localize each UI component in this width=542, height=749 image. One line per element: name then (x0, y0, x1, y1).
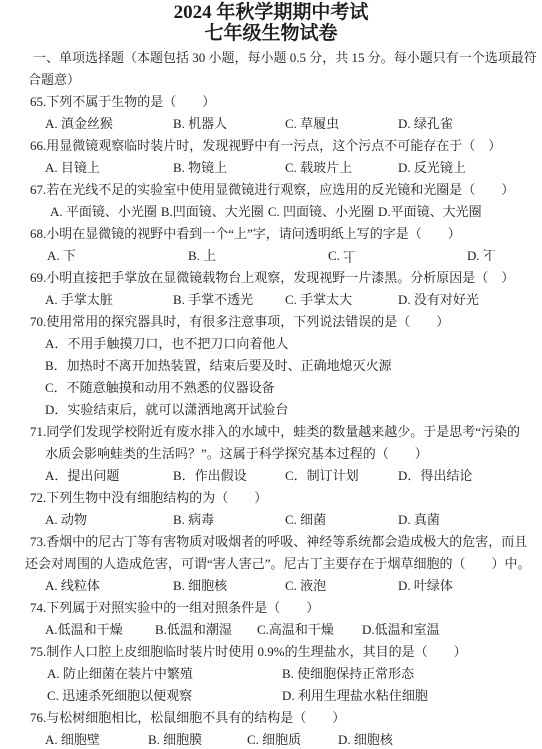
option: B．作出假设 (173, 465, 285, 487)
option: B.凹面镜、大光圈 (161, 204, 264, 219)
option: C. 细胞质 (247, 729, 338, 749)
question: 72.下列生物中没有细胞结构的为（ ）A. 动物B. 病毒C. 细菌D. 真菌 (0, 487, 542, 531)
question: 74.下列属于对照实验中的一组对照条件是（ ）A.低温和干燥B.低温和潮湿C.高… (0, 597, 542, 641)
option: B. 细胞膜 (148, 729, 247, 749)
option: B. 细胞核 (173, 575, 285, 597)
question: 65.下列不属于生物的是（ ）A. 滇金丝猴B. 机器人C. 草履虫D. 绿孔雀 (0, 91, 542, 135)
options-row: A．提出问题B．作出假设C．制订计划D．得出结论 (0, 465, 542, 487)
option: C. 凹面镜、小光圈 (268, 204, 374, 219)
option: A. 动物 (45, 509, 173, 531)
question-text-line: 69.小明直接把手掌放在显微镜载物台上观察，发现视野一片漆黑。分析原因是（ ） (0, 267, 542, 289)
question-text-line: 72.下列生物中没有细胞结构的为（ ） (0, 487, 542, 509)
option: C．不随意触摸和动用不熟悉的仪器设备 (0, 377, 542, 399)
option: D. 下 (467, 245, 542, 267)
options-row: A. 下B. 上C. 上D. 下 (0, 245, 542, 267)
question-text-line: 67.若在光线不足的实验室中使用显微镜进行观察，应选用的反光镜和光圈是（ ） (0, 179, 542, 201)
option: A. 防止细菌在装片中繁殖 (47, 663, 282, 685)
option: A. 下 (47, 245, 188, 267)
question-text-line: 73.香烟中的尼古丁等有害物质对吸烟者的呼吸、神经等系统都会造成极大的危害，而且 (0, 531, 542, 553)
options-row: A. 动物B. 病毒C. 细菌D. 真菌 (0, 509, 542, 531)
option: B. 物镜上 (173, 157, 285, 179)
question-text-line: 70.使用常用的探究器具时，有很多注意事项，下列说法错误的是（ ） (0, 311, 542, 333)
option: C．制订计划 (285, 465, 398, 487)
section-heading-line2: 合题意） (0, 69, 542, 91)
rotated-char-glyph: 下 (483, 245, 496, 267)
exam-title-line1: 2024 年秋学期期中考试 (0, 2, 542, 23)
option: B. 机器人 (173, 113, 285, 135)
question: 76.与松树细胞相比，松鼠细胞不具有的结构是（ ）A. 细胞壁B. 细胞膜C. … (0, 707, 542, 749)
option-letter: C. (328, 248, 343, 263)
option: D. 细胞核 (338, 729, 542, 749)
option: B. 手掌不透光 (173, 289, 285, 311)
option: C. 细菌 (285, 509, 398, 531)
question-text-line: 65.下列不属于生物的是（ ） (0, 91, 542, 113)
option: B. 使细胞保持正常形态 (282, 663, 542, 685)
option: D. 反光镜上 (398, 157, 542, 179)
option: C.高温和干燥 (257, 619, 362, 641)
question: 71.同学们发现学校附近有废水排入的水域中，蛙类的数量越来越少。于是思考“污染的… (0, 421, 542, 487)
option: B. 上 (188, 245, 328, 267)
option: C. 液泡 (285, 575, 398, 597)
option: D. 没有对好光 (398, 289, 542, 311)
option: A. 平面镜、小光圈 (50, 204, 157, 219)
option: A.低温和干燥 (45, 619, 155, 641)
options-row: A. 滇金丝猴B. 机器人C. 草履虫D. 绿孔雀 (0, 113, 542, 135)
option: A. 手掌太脏 (45, 289, 173, 311)
option: B．加热时不离开加热装置，结束后要及时、正确地熄灭火源 (0, 355, 542, 377)
option: C. 上 (328, 245, 467, 267)
question-text-line: 68.小明在显微镜的视野中看到一个“上”字，请问透明纸上写的字是（ ） (0, 223, 542, 245)
options-row: A. 防止细菌在装片中繁殖B. 使细胞保持正常形态C. 迅速杀死细胞以便观察D.… (0, 663, 542, 707)
question-list: 65.下列不属于生物的是（ ）A. 滇金丝猴B. 机器人C. 草履虫D. 绿孔雀… (0, 91, 542, 749)
question: 68.小明在显微镜的视野中看到一个“上”字，请问透明纸上写的字是（ ）A. 下B… (0, 223, 542, 267)
options-row: A. 线粒体B. 细胞核C. 液泡D. 叶绿体 (0, 575, 542, 597)
option-letter: A. (47, 248, 63, 263)
option: A．不用手触摸刀口，也不把刀口向着他人 (0, 333, 542, 355)
exam-header: 2024 年秋学期期中考试 七年级生物试卷 (0, 0, 542, 44)
exam-body: 一、单项选择题（本题包括 30 小题，每小题 0.5 分，共 15 分。每小题只… (0, 47, 542, 749)
option: D．实验结束后，就可以潇洒地离开试验台 (0, 399, 542, 421)
option: D．得出结论 (398, 465, 542, 487)
question: 75.制作人口腔上皮细胞临时装片时使用 0.9%的生理盐水，其目的是（ ）A. … (0, 641, 542, 707)
exam-title-line2: 七年级生物试卷 (0, 23, 542, 44)
question-text-line: 75.制作人口腔上皮细胞临时装片时使用 0.9%的生理盐水，其目的是（ ） (0, 641, 542, 663)
question-text-line: 76.与松树细胞相比，松鼠细胞不具有的结构是（ ） (0, 707, 542, 729)
option: B. 病毒 (173, 509, 285, 531)
option: C. 迅速杀死细胞以便观察 (47, 685, 282, 707)
options-row: A．不用手触摸刀口，也不把刀口向着他人B．加热时不离开加热装置，结束后要及时、正… (0, 333, 542, 421)
option-letter: D. (467, 248, 483, 263)
question-text-line: 还会对周围的人造成危害，可谓“害人害己”。尼古丁主要存在于烟草细胞的（ ）中。 (0, 553, 542, 575)
question-text-line: 74.下列属于对照实验中的一组对照条件是（ ） (0, 597, 542, 619)
question: 67.若在光线不足的实验室中使用显微镜进行观察，应选用的反光镜和光圈是（ ）A.… (0, 179, 542, 223)
options-row: A. 目镜上B. 物镜上C. 载玻片上D. 反光镜上 (0, 157, 542, 179)
option: B.低温和潮湿 (155, 619, 257, 641)
option-letter: B. (188, 248, 203, 263)
option: D. 叶绿体 (398, 575, 542, 597)
rotated-char-glyph: 上 (343, 245, 356, 267)
option: C. 草履虫 (285, 113, 398, 135)
option: A. 目镜上 (45, 157, 173, 179)
options-row: A. 平面镜、小光圈B.凹面镜、大光圈C. 凹面镜、小光圈D.平面镜、大光圈 (0, 201, 542, 223)
option: A. 滇金丝猴 (45, 113, 173, 135)
rotated-char-glyph: 上 (203, 245, 216, 267)
question: 73.香烟中的尼古丁等有害物质对吸烟者的呼吸、神经等系统都会造成极大的危害，而且… (0, 531, 542, 597)
option: A. 线粒体 (45, 575, 173, 597)
question-text-line: 水质会影响蛙类的生活吗？”。这属于科学探究基本过程的（ ） (0, 443, 542, 465)
question-text-line: 71.同学们发现学校附近有废水排入的水域中，蛙类的数量越来越少。于是思考“污染的 (0, 421, 542, 443)
options-row: A. 细胞壁B. 细胞膜C. 细胞质D. 细胞核 (0, 729, 542, 749)
option: A．提出问题 (45, 465, 173, 487)
question: 66.用显微镜观察临时装片时，发现视野中有一污点，这个污点不可能存在于（ ）A.… (0, 135, 542, 179)
option: C. 手掌太大 (285, 289, 398, 311)
question-text-line: 66.用显微镜观察临时装片时，发现视野中有一污点，这个污点不可能存在于（ ） (0, 135, 542, 157)
exam-paper-document: 2024 年秋学期期中考试 七年级生物试卷 一、单项选择题（本题包括 30 小题… (0, 0, 542, 749)
option: C. 载玻片上 (285, 157, 398, 179)
option: D. 绿孔雀 (398, 113, 542, 135)
option: D. 利用生理盐水粘住细胞 (282, 685, 542, 707)
option: D.平面镜、大光圈 (378, 204, 482, 219)
option: D. 真菌 (398, 509, 542, 531)
section-heading-line1: 一、单项选择题（本题包括 30 小题，每小题 0.5 分，共 15 分。每小题只… (0, 47, 542, 69)
options-row: A. 手掌太脏B. 手掌不透光C. 手掌太大D. 没有对好光 (0, 289, 542, 311)
question: 69.小明直接把手掌放在显微镜载物台上观察，发现视野一片漆黑。分析原因是（ ）A… (0, 267, 542, 311)
question: 70.使用常用的探究器具时，有很多注意事项，下列说法错误的是（ ）A．不用手触摸… (0, 311, 542, 421)
option: D.低温和室温 (362, 619, 542, 641)
option: A. 细胞壁 (45, 729, 148, 749)
rotated-char-glyph: 下 (63, 245, 76, 267)
options-row: A.低温和干燥B.低温和潮湿C.高温和干燥D.低温和室温 (0, 619, 542, 641)
